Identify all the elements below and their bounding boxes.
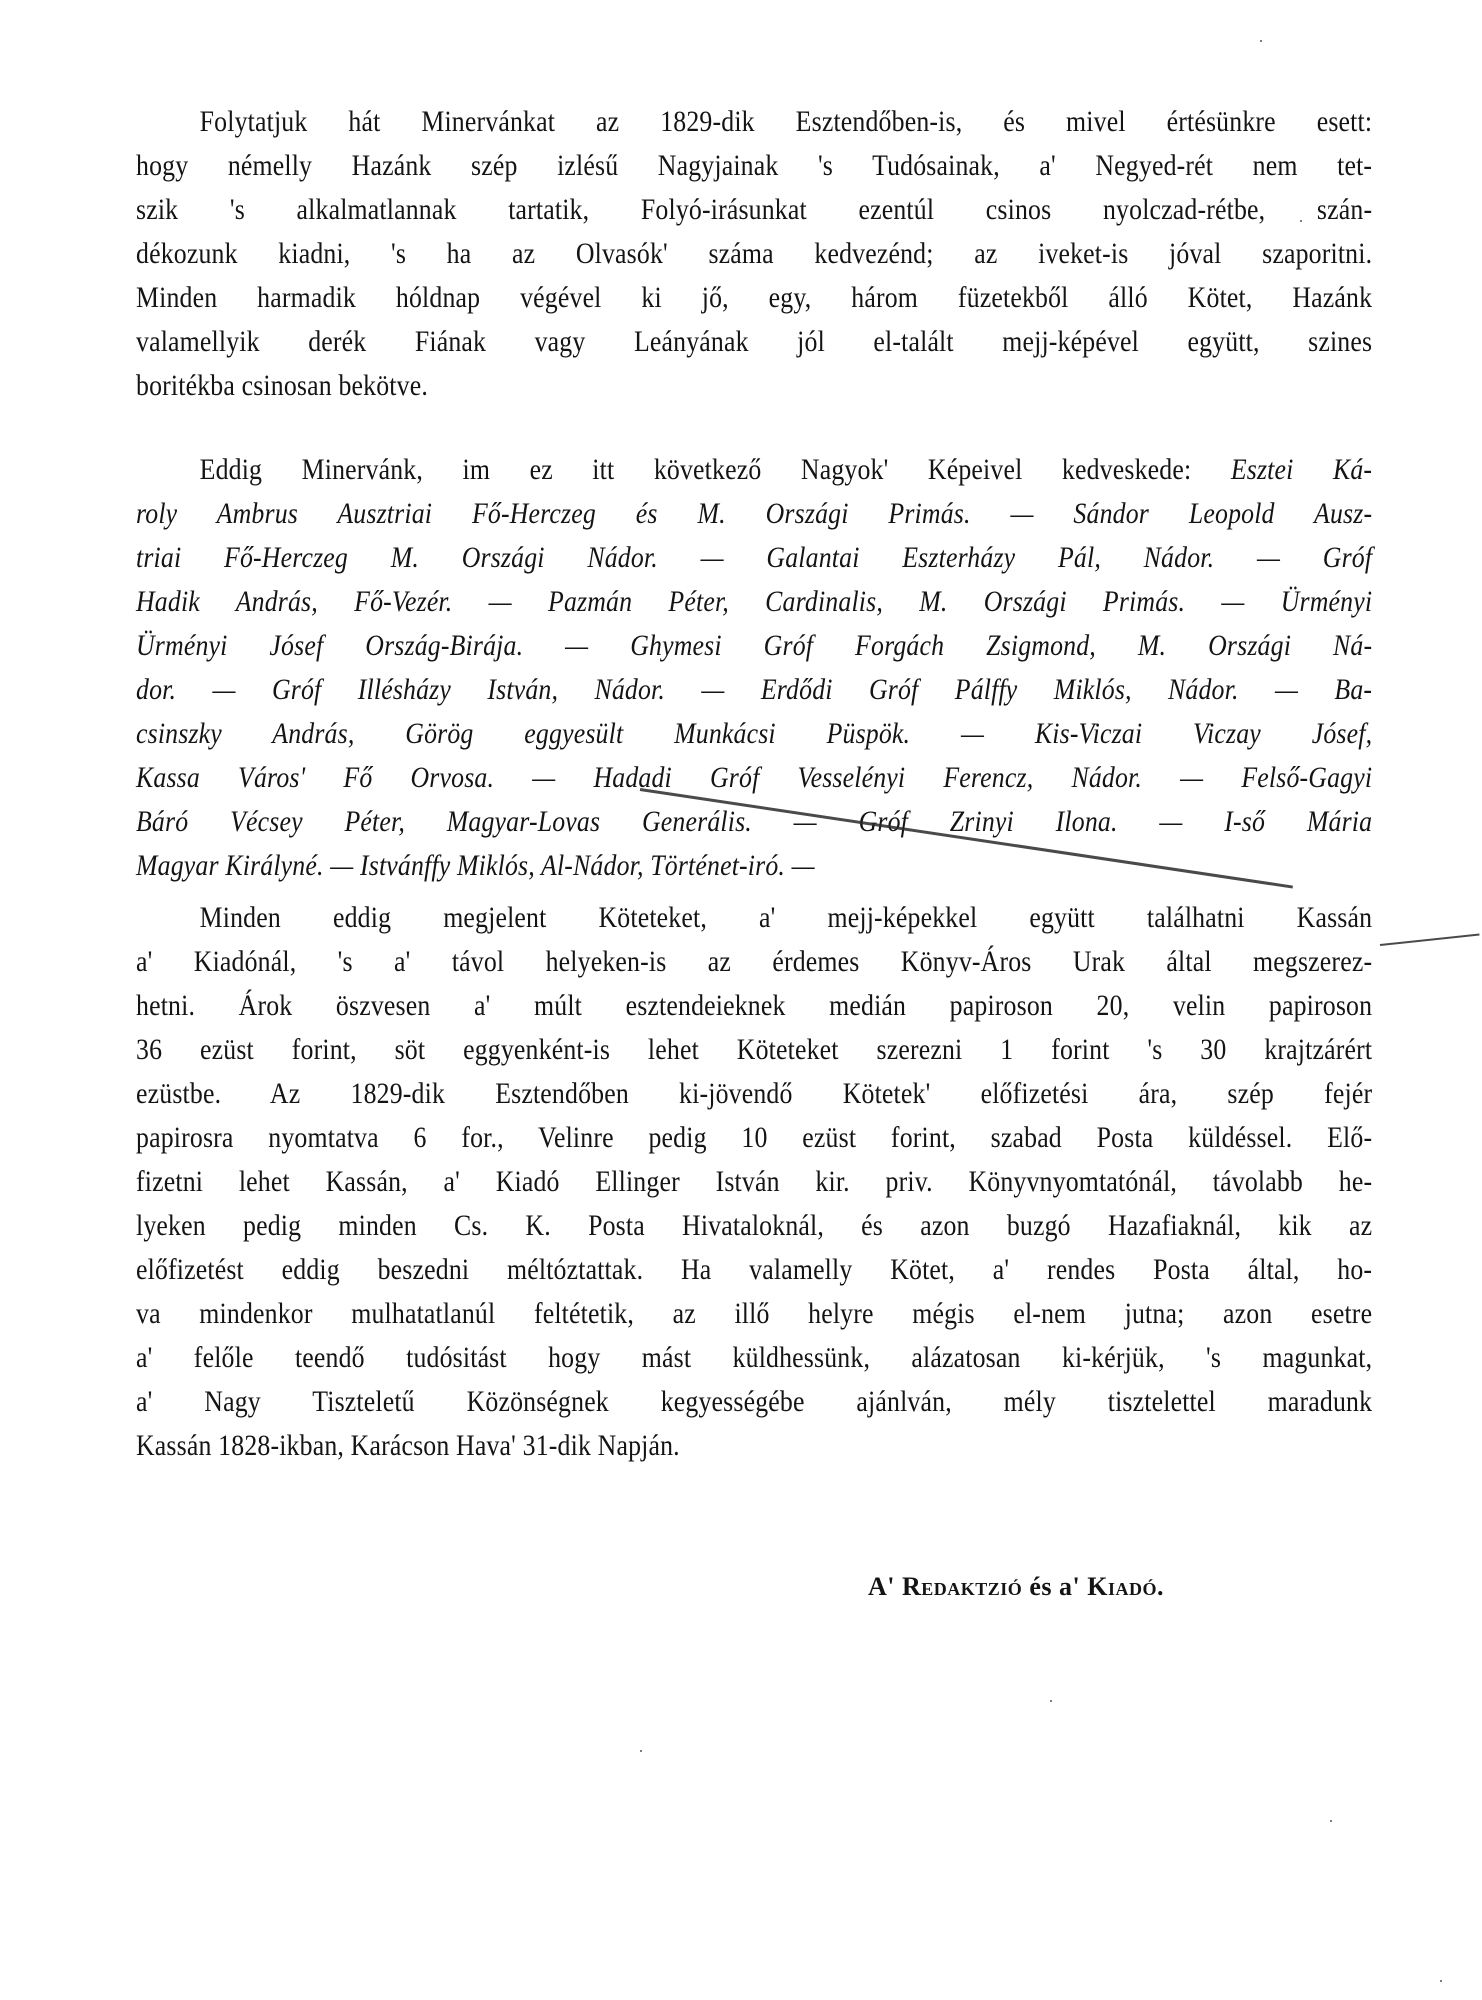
text-line: Kassa Város' Fő Orvosa. — Hadadi Gróf Ve… [136, 756, 1372, 800]
text-line: 36 ezüst forint, söt eggyenként-is lehet… [136, 1028, 1372, 1072]
text-line: roly Ambrus Ausztriai Fő-Herczeg és M. O… [136, 492, 1372, 536]
scanned-page: Folytatjuk hát Minervánkat az 1829-dik E… [0, 0, 1482, 2000]
scan-speck [1260, 40, 1262, 42]
scan-speck [640, 1750, 642, 1752]
text-line: a' Nagy Tiszteletű Közönségnek kegyesség… [136, 1380, 1372, 1424]
text-line: csinszky András, Görög eggyesült Munkács… [136, 712, 1372, 756]
text-line: hogy némelly Hazánk szép izlésű Nagyjain… [136, 144, 1372, 188]
scan-speck [1050, 1700, 1052, 1702]
signature-article: a' [1059, 1572, 1087, 1601]
signature-publisher: Kiadó. [1087, 1572, 1164, 1601]
scan-speck [1440, 1980, 1442, 1982]
text-line: dor. — Gróf Illésházy István, Nádor. — E… [136, 668, 1372, 712]
scan-speck [1330, 1820, 1332, 1822]
text-line: Folytatjuk hát Minervánkat az 1829-dik E… [136, 100, 1372, 144]
text-line: hetni. Árok öszvesen a' múlt esztendeiek… [136, 984, 1372, 1028]
text-line: fizetni lehet Kassán, a' Kiadó Ellinger … [136, 1160, 1372, 1204]
text-line: Hadik András, Fő-Vezér. — Pazmán Péter, … [136, 580, 1372, 624]
text-line: dékozunk kiadni, 's ha az Olvasók' száma… [136, 232, 1372, 276]
text-line: előfizetést eddig beszedni méltóztattak.… [136, 1248, 1372, 1292]
signature: A' Redaktzió és a' Kiadó. [868, 1572, 1164, 1602]
text-line: Minden eddig megjelent Köteteket, a' mej… [136, 896, 1372, 940]
text-line: boritékba csinosan bekötve. [136, 364, 1372, 408]
text-line: papirosra nyomtatva 6 for., Velinre pedi… [136, 1116, 1372, 1160]
scan-scratch-mark [1380, 934, 1480, 946]
paragraph-pricing-and-closing: Minden eddig megjelent Köteteket, a' mej… [136, 896, 1372, 1468]
text-roman: Eddig Minervánk, im ez itt következő Nag… [200, 453, 1231, 486]
text-line: Magyar Királyné. — Istvánffy Miklós, Al-… [136, 844, 1372, 888]
signature-and: és [1022, 1572, 1059, 1601]
text-line: Minden harmadik hóldnap végével ki jő, e… [136, 276, 1372, 320]
text-line: szik 's alkalmatlannak tartatik, Folyó-i… [136, 188, 1372, 232]
signature-editorial: Redaktzió [902, 1572, 1022, 1601]
text-line: a' Kiadónál, 's a' távol helyeken-is az … [136, 940, 1372, 984]
text-line: va mindenkor mulhatatlanúl feltétetik, a… [136, 1292, 1372, 1336]
text-line: valamellyik derék Fiának vagy Leányának … [136, 320, 1372, 364]
text-line: Ürményi Jósef Ország-Birája. — Ghymesi G… [136, 624, 1372, 668]
text-line: Eddig Minervánk, im ez itt következő Nag… [136, 448, 1372, 492]
paragraph-subscription-notice: Folytatjuk hát Minervánkat az 1829-dik E… [136, 100, 1372, 408]
text-line: Kassán 1828-ikban, Karácson Hava' 31-dik… [136, 1424, 1372, 1468]
text-line: ezüstbe. Az 1829-dik Esztendőben ki-jöve… [136, 1072, 1372, 1116]
text-line: triai Fő-Herczeg M. Országi Nádor. — Gal… [136, 536, 1372, 580]
text-line: a' felőle teendő tudósitást hogy mást kü… [136, 1336, 1372, 1380]
scan-speck [1300, 220, 1302, 222]
text-italic: Esztei Ká- [1231, 453, 1372, 486]
signature-article: A' [868, 1572, 902, 1601]
paragraph-portrait-list: Eddig Minervánk, im ez itt következő Nag… [136, 448, 1372, 888]
text-line: lyeken pedig minden Cs. K. Posta Hivatal… [136, 1204, 1372, 1248]
